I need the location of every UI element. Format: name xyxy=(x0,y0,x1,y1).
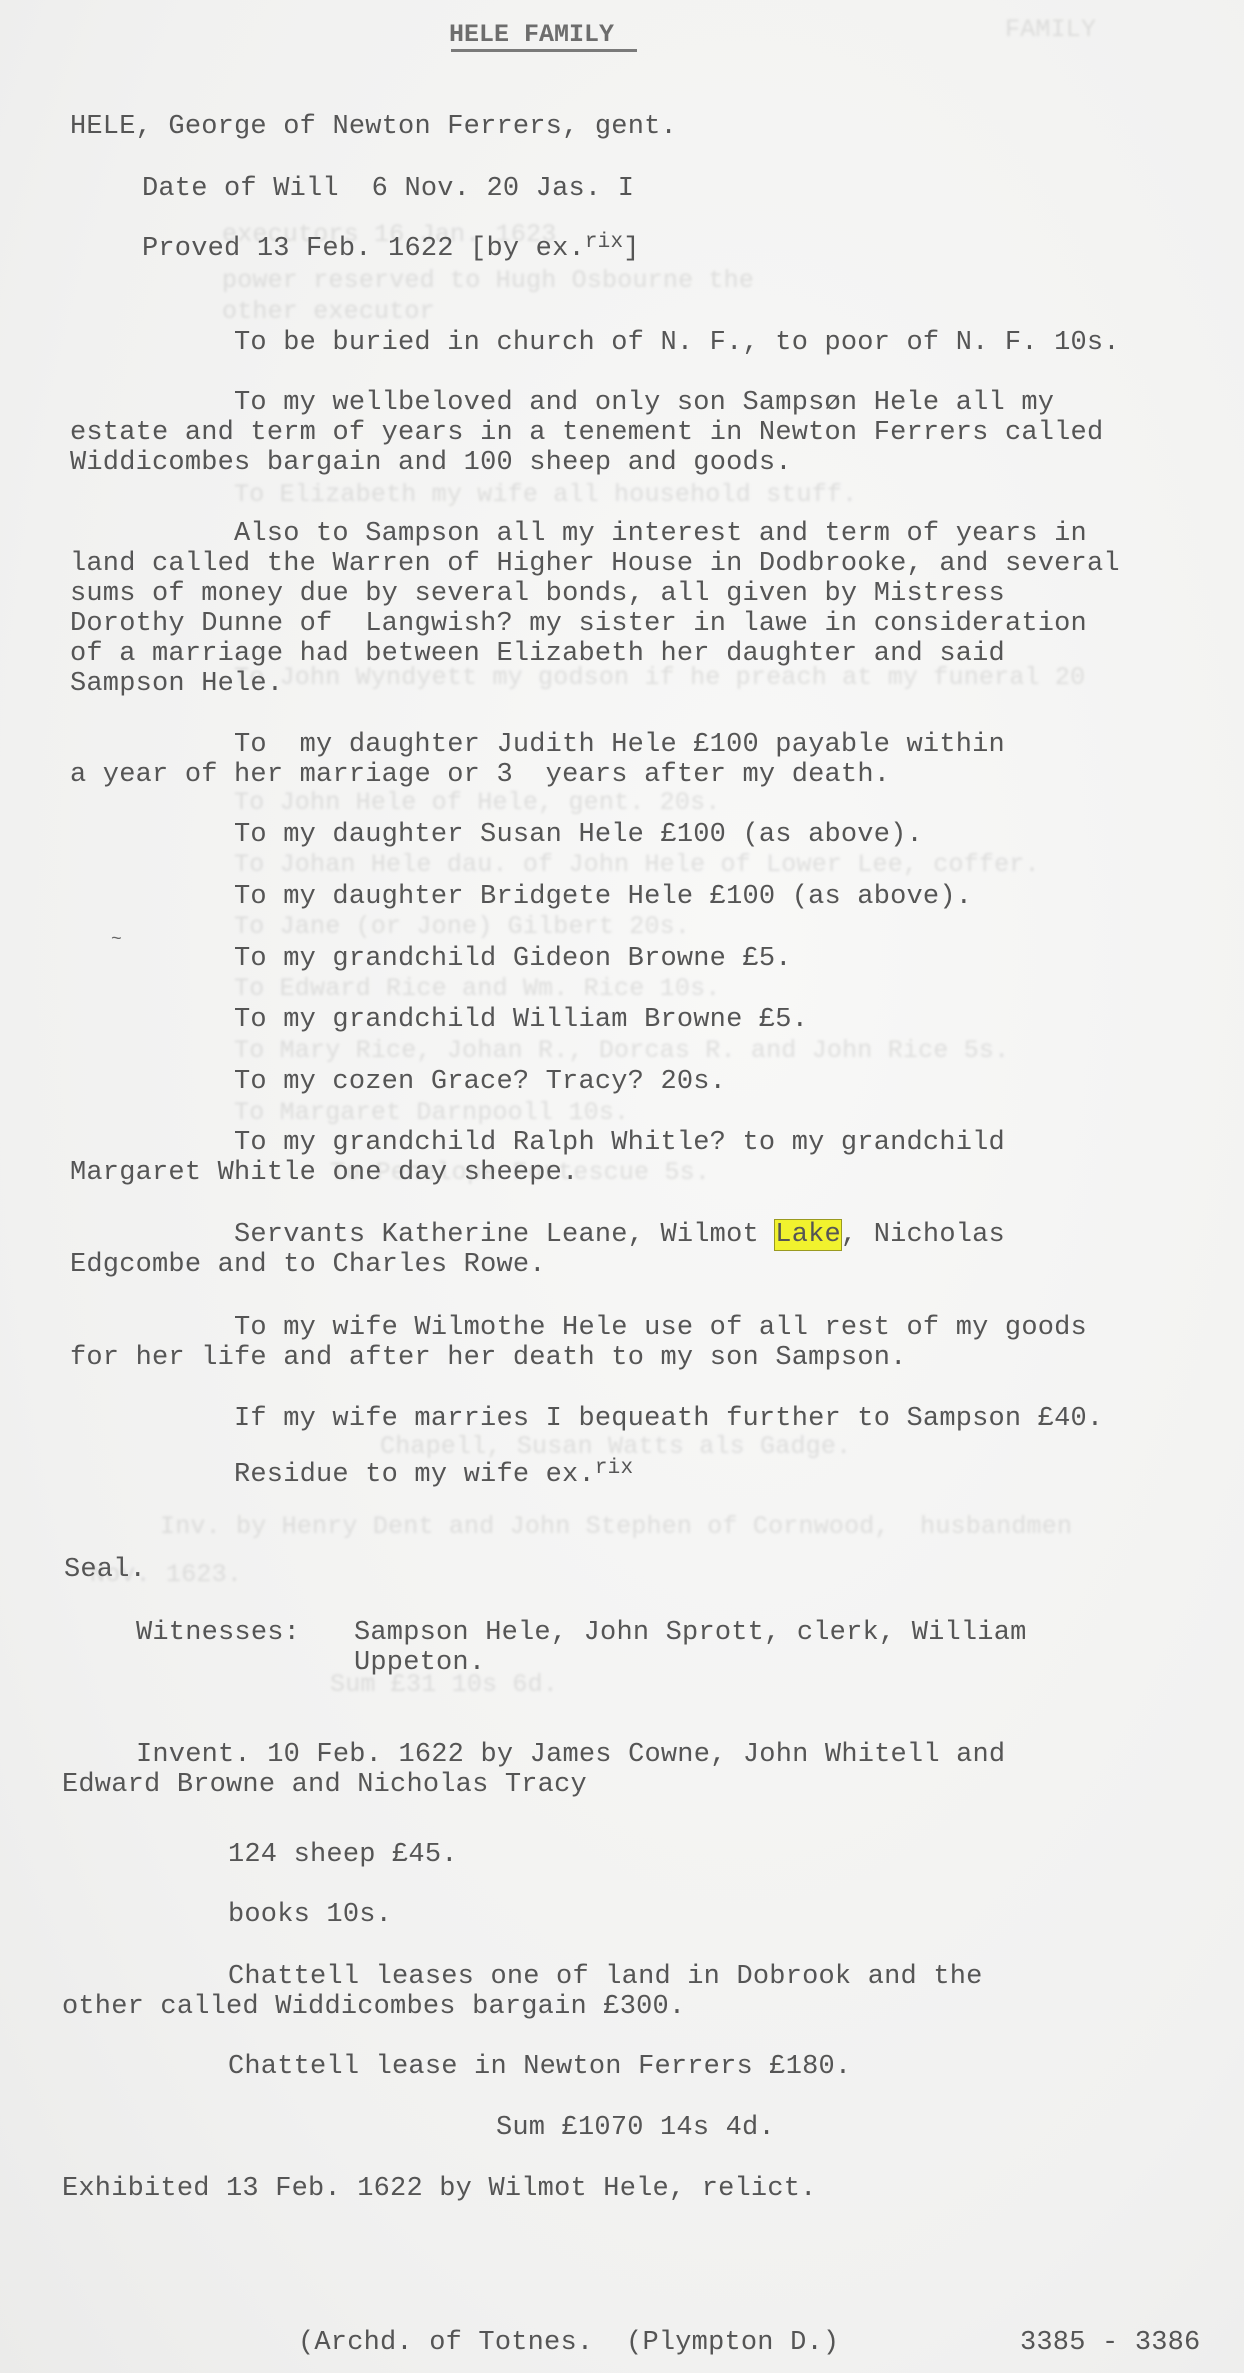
testator-name: HELE, George of Newton Ferrers, gent. xyxy=(70,112,677,142)
date-of-will-label: Date of Will xyxy=(142,174,339,204)
footer-reference-number: 3385 - 3386 xyxy=(1020,2328,1200,2358)
inventory-lease-cont: other called Widdicombes bargain £300. xyxy=(62,1992,685,2022)
inventory-line: Invent. 10 Feb. 1622 by James Cowne, Joh… xyxy=(136,1740,1005,1770)
exhibited-line: Exhibited 13 Feb. 1622 by Wilmot Hele, r… xyxy=(62,2174,817,2204)
show-through-line: To Johan Hele dau. of John Hele of Lower… xyxy=(234,850,1040,879)
inventory-sum: Sum £1070 14s 4d. xyxy=(496,2113,775,2143)
inventory-line-cont: Edward Browne and Nicholas Tracy xyxy=(62,1770,587,1800)
bequest-ralph: To my grandchild Ralph Whitle? to my gra… xyxy=(234,1128,1005,1158)
bequest-sampson-also: Also to Sampson all my interest and term… xyxy=(234,519,1087,549)
footer-source: (Archd. of Totnes. (Plympton D.) xyxy=(298,2328,839,2358)
bequest-judith-cont: a year of her marriage or 3 years after … xyxy=(70,760,890,790)
bequest-wife-marries: If my wife marries I bequeath further to… xyxy=(234,1404,1103,1434)
show-through-line: To John Hele of Hele, gent. 20s. xyxy=(234,788,720,817)
bequest-servants: Servants Katherine Leane, Wilmot Lake, N… xyxy=(234,1220,1005,1250)
bequest-wife: To my wife Wilmothe Hele use of all rest… xyxy=(234,1313,1087,1343)
bequest-william: To my grandchild William Browne £5. xyxy=(234,1005,808,1035)
show-through-line: To Edward Rice and Wm. Rice 10s. xyxy=(234,974,720,1003)
bequest-judith: To my daughter Judith Hele £100 payable … xyxy=(234,730,1005,760)
witnesses-label: Witnesses: xyxy=(136,1618,300,1648)
stray-ink-mark: ~ xyxy=(111,930,122,950)
seal: Seal. xyxy=(64,1555,146,1585)
bequest-wife-cont: for her life and after her death to my s… xyxy=(70,1343,907,1373)
bequest-grace: To my cozen Grace? Tracy? 20s. xyxy=(234,1067,726,1097)
bequest-sampson-also-cont: land called the Warren of Higher House i… xyxy=(70,549,1120,579)
bequest-sampson-also-cont: Sampson Hele. xyxy=(70,669,283,699)
show-through-line: To Mary Rice, Johan R., Dorcas R. and Jo… xyxy=(234,1036,1009,1065)
bequest-bridgete: To my daughter Bridgete Hele £100 (as ab… xyxy=(234,882,972,912)
date-of-will-value: 6 Nov. 20 Jas. I xyxy=(372,174,634,204)
inventory-lease: Chattell lease in Newton Ferrers £180. xyxy=(228,2052,851,2082)
show-through-title: FAMILY xyxy=(1005,15,1096,44)
show-through-line: To Margaret Darnpooll 10s. xyxy=(234,1098,629,1127)
bequest-burial: To be buried in church of N. F., to poor… xyxy=(234,328,1120,358)
bequest-ralph-cont: Margaret Whitle one day sheepe. xyxy=(70,1158,578,1188)
bequest-sampson-also-cont: of a marriage had between Elizabeth her … xyxy=(70,639,1005,669)
inventory-item: books 10s. xyxy=(228,1900,392,1930)
document-page: FAMILY executors 16 Jan. 1623 power rese… xyxy=(0,0,1244,2373)
inventory-item: 124 sheep £45. xyxy=(228,1840,458,1870)
witnesses-names: Sampson Hele, John Sprott, clerk, Willia… xyxy=(354,1618,1027,1648)
rix-superscript: rix xyxy=(595,1457,633,1480)
bequest-sampson-cont: Widdicombes bargain and 100 sheep and go… xyxy=(70,448,792,478)
proved-line: Proved 13 Feb. 1622 [by ex.rix] xyxy=(142,234,640,264)
show-through-line: power reserved to Hugh Osbourne the xyxy=(222,266,754,295)
show-through-line: To Jane (or Jone) Gilbert 20s. xyxy=(234,912,690,941)
page-title: HELE FAMILY xyxy=(449,20,614,49)
show-through-line: To Elizabeth my wife all household stuff… xyxy=(234,480,857,509)
bequest-sampson-also-cont: sums of money due by several bonds, all … xyxy=(70,579,1005,609)
bequest-sampson: To my wellbeloved and only son Sampsøn H… xyxy=(234,388,1054,418)
bequest-gideon: To my grandchild Gideon Browne £5. xyxy=(234,944,792,974)
show-through-line: Inv. by Henry Dent and John Stephen of C… xyxy=(160,1512,1072,1541)
bequest-susan: To my daughter Susan Hele £100 (as above… xyxy=(234,820,923,850)
bequest-sampson-also-cont: Dorothy Dunne of Langwish? my sister in … xyxy=(70,609,1087,639)
highlighted-word: Lake xyxy=(775,1220,841,1250)
witnesses-names-cont: Uppeton. xyxy=(354,1648,485,1678)
rix-superscript: rix xyxy=(585,231,623,254)
show-through-line: other executor xyxy=(222,297,435,326)
residue-line: Residue to my wife ex.rix xyxy=(234,1460,633,1490)
bequest-sampson-cont: estate and term of years in a tenement i… xyxy=(70,418,1103,448)
inventory-lease: Chattell leases one of land in Dobrook a… xyxy=(228,1962,983,1992)
bequest-servants-cont: Edgcombe and to Charles Rowe. xyxy=(70,1250,546,1280)
title-underline xyxy=(451,49,637,52)
date-of-will: Date of Will 6 Nov. 20 Jas. I xyxy=(142,174,634,204)
